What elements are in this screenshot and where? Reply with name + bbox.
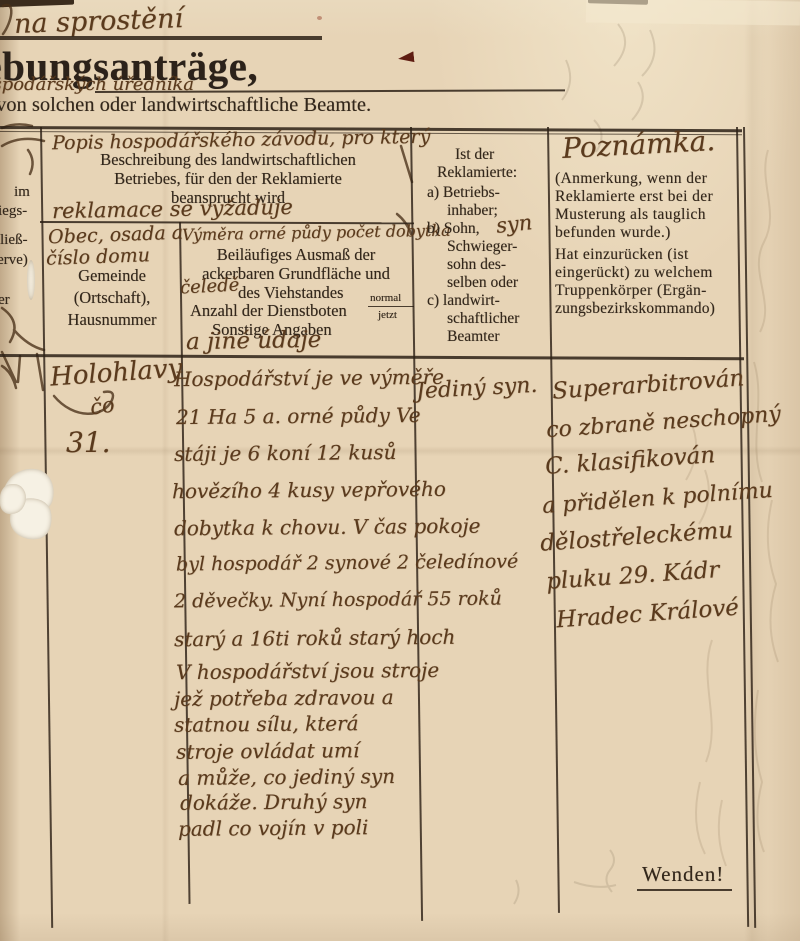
header-handwritten-jine-udaje: a jiné údaje xyxy=(186,327,322,355)
header-anmerkung-line: Musterung als tauglich xyxy=(555,206,706,224)
description-line: dokáže. Druhý syn xyxy=(180,789,368,815)
fraction-jetzt: jetzt xyxy=(378,309,397,321)
turn-page-note: Wenden! xyxy=(642,862,724,887)
anmerkung-line: co zbraně neschopný xyxy=(545,402,781,443)
anmerkung-line: dělostřeleckému xyxy=(539,517,734,556)
description-line: padl co vojín v poli xyxy=(178,815,369,841)
header-reklamierte-line: c) landwirt- xyxy=(427,292,500,310)
header-reklamierte-line: inhaber; xyxy=(447,202,498,220)
header-dienstboten: Anzahl der Dienstboten xyxy=(190,301,347,321)
header-anmerkung-line: Reklamierte erst bei der xyxy=(555,188,713,206)
ink-dot xyxy=(317,16,322,20)
masthead-underline xyxy=(0,36,322,40)
header-handwritten-celede: čeledě xyxy=(179,274,239,298)
anmerkung-line: C. klasifikován xyxy=(544,442,716,480)
description-line: hovězího 4 kusy vepřového xyxy=(172,477,446,503)
description-line: 2 děvečky. Nyní hospodář 55 roků xyxy=(174,588,502,613)
description-line: statnou sílu, která xyxy=(174,711,359,737)
description-line: a může, co jediný syn xyxy=(178,764,395,790)
header-reklamierte-line: Reklamierte: xyxy=(437,164,517,182)
margin-fragment: er xyxy=(0,292,10,309)
header-beschreibung-line: Betriebes, für den der Reklamierte xyxy=(44,169,412,189)
masthead-rule xyxy=(95,89,565,93)
anmerkung-line: Superarbitrován xyxy=(551,365,745,404)
header-handwritten-obec: Obec, osada a xyxy=(48,222,184,249)
description-line: V hospodářství jsou stroje xyxy=(176,658,439,684)
header-anmerkung-line: Hat einzurücken (ist xyxy=(555,246,689,264)
anmerkung-line: a přidělen k polnímu xyxy=(541,478,773,519)
fraction-normal: normal xyxy=(370,292,401,304)
header-reklamierte-line: Beamter xyxy=(447,328,500,346)
row-place-flourish: čo xyxy=(88,392,116,419)
row-house-number: 31. xyxy=(66,426,111,459)
anmerkung-line: Hradec Králové xyxy=(555,595,739,634)
header-reklamierte-line: selben oder xyxy=(447,274,518,292)
description-line: stroje ovládat umí xyxy=(176,738,360,764)
fraction-line xyxy=(368,306,414,307)
header-gemeinde-line: (Ortschaft), xyxy=(44,288,180,308)
header-reklamierte-line: b) Sohn, xyxy=(427,220,480,238)
margin-fragment: ließ- xyxy=(0,232,28,249)
header-anmerkung-line: zungsbezirkskommando) xyxy=(555,300,715,318)
row-reklamierte-value: Jediný syn. xyxy=(415,373,538,404)
header-gemeinde-line: Gemeinde xyxy=(44,266,180,286)
header-anmerkung-line: befunden wurde.) xyxy=(555,224,671,242)
description-line: Hospodářství je ve výměře xyxy=(174,365,444,391)
masthead-handwritten-note: na sprostění xyxy=(14,3,184,40)
description-line: stáji je 6 koní 12 kusů xyxy=(174,440,397,466)
header-reklamierte-line: Schwieger- xyxy=(447,238,517,256)
row-place-name: Holohlavy xyxy=(49,353,183,392)
header-viehstandes: des Viehstandes xyxy=(238,283,343,303)
header-reklamierte-line: a) Betriebs- xyxy=(427,184,500,202)
ink-arrow-mark xyxy=(397,51,414,64)
header-anmerkung-line: eingerückt) zu welchem xyxy=(555,264,713,282)
margin-fragment: erve) xyxy=(0,252,28,269)
margin-fragment: iegs- xyxy=(0,203,27,220)
header-anmerkung-line: (Anmerkung, wenn der xyxy=(555,170,707,188)
header-reklamierte-line: Ist der xyxy=(455,146,494,164)
table-right-border xyxy=(736,127,749,927)
header-beschreibung-line: Beschreibung des landwirtschaftlichen xyxy=(44,150,412,170)
header-handwritten-poznamka: Poznámka. xyxy=(561,124,716,165)
description-line: byl hospodář 2 synové 2 čeledínové xyxy=(176,551,518,576)
anmerkung-line: pluku 29. Kádr xyxy=(545,557,720,595)
header-handwritten-syn: syn xyxy=(495,210,533,238)
scanned-form-page: na sprostění thebungsanträge, hospodářsk… xyxy=(0,0,800,941)
header-ausmass-line: Beiläufiges Ausmaß der xyxy=(182,245,410,265)
column-divider xyxy=(547,127,560,913)
header-handwritten-vymera: Výměra orné půdy počet dobytka xyxy=(182,221,451,245)
description-line: 21 Ha 5 a. orné půdy Ve xyxy=(176,403,421,429)
description-line: starý a 16ti roků starý hoch xyxy=(174,625,456,651)
margin-fragment: im xyxy=(14,184,30,201)
turn-page-underline xyxy=(637,889,732,891)
header-reklamierte-line: schaftlicher xyxy=(447,310,519,328)
header-handwritten-reklamace: reklamace se vyžaduje xyxy=(52,195,293,223)
description-line: jež potřeba zdravou a xyxy=(174,685,394,711)
masthead-subtitle: von solchen oder landwirtschaftliche Bea… xyxy=(0,94,371,117)
description-line: dobytka k chovu. V čas pokoje xyxy=(174,514,481,541)
paper-patch xyxy=(586,0,800,25)
header-reklamierte-line: sohn des- xyxy=(447,256,506,274)
header-gemeinde-line: Hausnummer xyxy=(44,310,180,330)
header-anmerkung-line: Truppenkörper (Ergän- xyxy=(555,282,707,300)
paper-crease-gap xyxy=(27,260,35,300)
